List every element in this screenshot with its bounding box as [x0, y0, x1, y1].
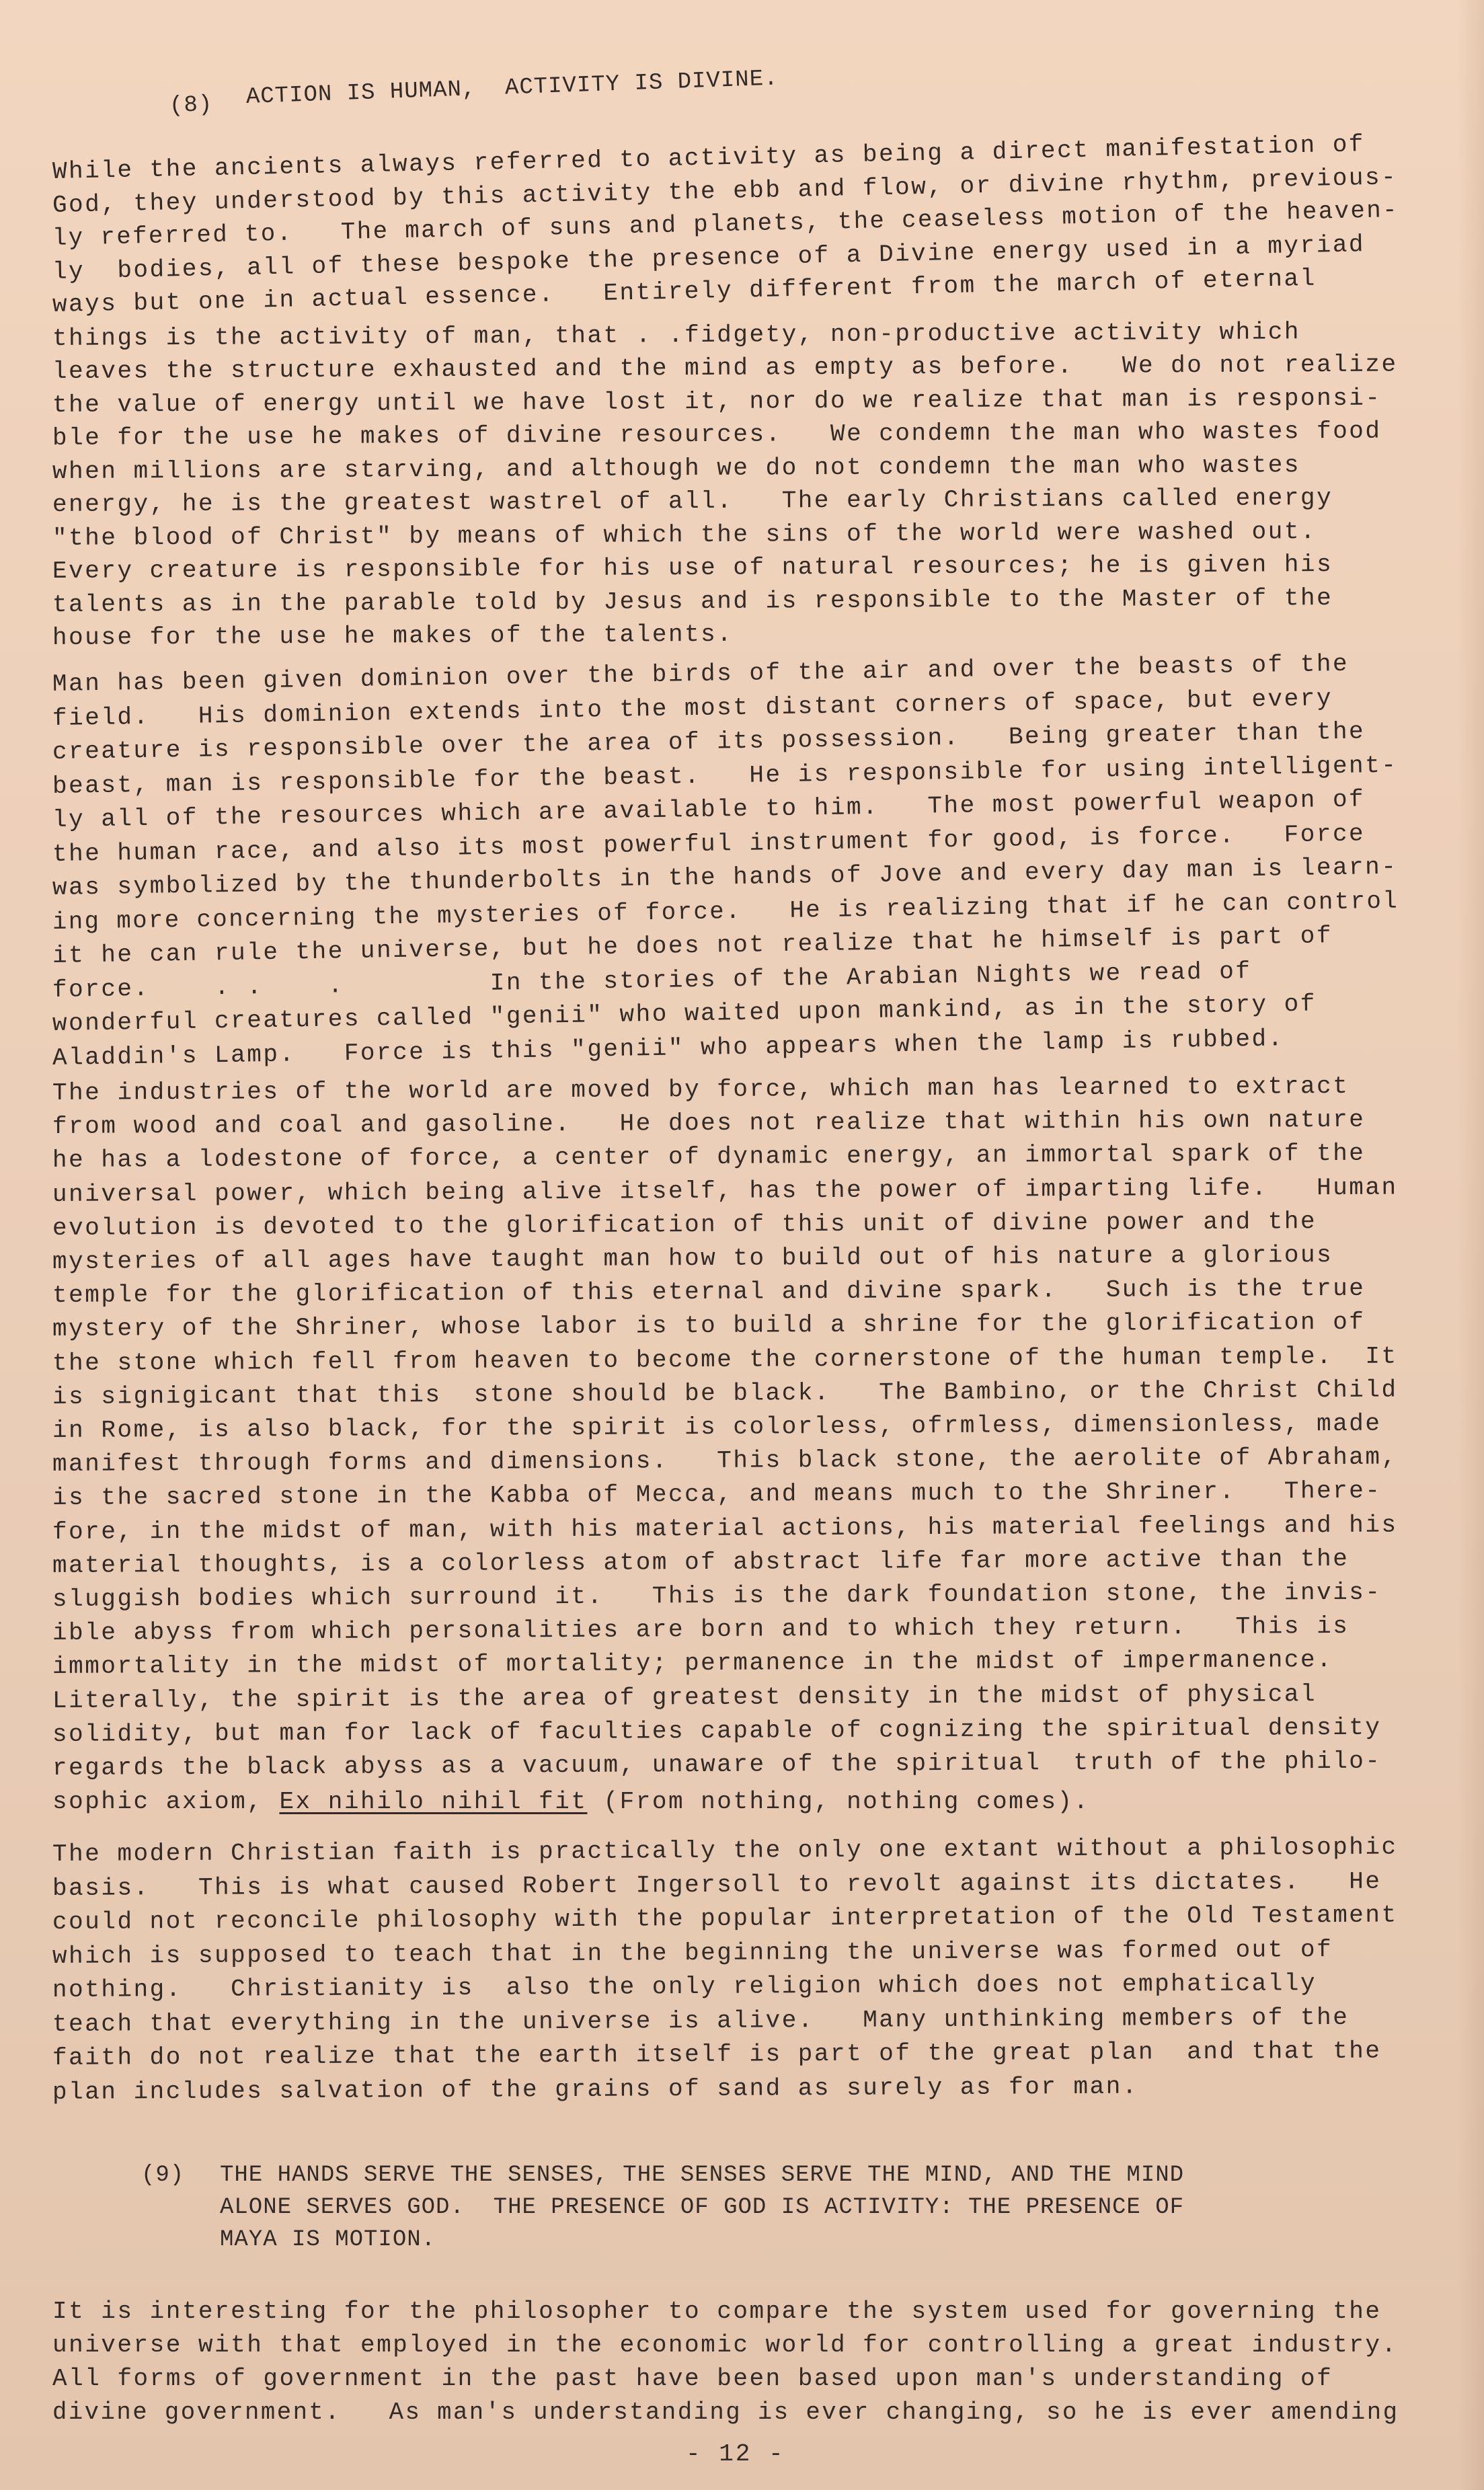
closing-paragraph-line: universe with that employed in the econo… [52, 2333, 1398, 2358]
paragraph-4-line: faith do not realize that the earth itse… [52, 2039, 1382, 2070]
paragraph-3-line: he has a lodestone of force, a center of… [52, 1142, 1366, 1173]
paragraph-3-last-line: sophic axiom, Ex nihilo nihil fit (From … [52, 1790, 1090, 1814]
paragraph-3-line: Literally, the spirit is the area of gre… [52, 1682, 1317, 1713]
paragraph-3-line: The industries of the world are moved by… [52, 1075, 1349, 1105]
paragraph-3-line: mystery of the Shriner, whose labor is t… [52, 1311, 1366, 1341]
page-number: - 12 - [686, 2442, 785, 2466]
paragraph-1-line: things is the activity of man, that . .f… [52, 320, 1300, 351]
section-8-number: (8) [169, 93, 212, 118]
closing-paragraph-line: divine government. As man's understandin… [52, 2401, 1399, 2425]
paragraph-3-line: regards the black abyss as a vacuum, una… [52, 1750, 1382, 1781]
latin-axiom-underlined: Ex nihilo nihil fit [279, 1788, 587, 1816]
paragraph-3-line: the stone which fell from heaven to beco… [52, 1344, 1398, 1375]
paragraph-4-line: basis. This is what caused Robert Ingers… [52, 1869, 1382, 1900]
paragraph-3-line: mysteries of all ages have taught man ho… [52, 1243, 1333, 1274]
paragraph-3-line: manifest through forms and dimensions. T… [52, 1446, 1398, 1477]
paragraph-4-line: could not reconcile philosophy with the … [52, 1904, 1398, 1935]
section-9-heading-line: MAYA IS MOTION. [220, 2228, 436, 2251]
paragraph-1-line: energy, he is the greatest wastrel of al… [52, 486, 1333, 517]
paragraph-3-line: is signigicant that this stone should be… [52, 1378, 1398, 1409]
paragraph-3-line: from wood and coal and gasoline. He does… [52, 1108, 1366, 1139]
page-edge-shadow [1457, 0, 1484, 2490]
paragraph-1-line: house for the use he makes of the talent… [52, 623, 734, 650]
paragraph-3-line: immortality in the midst of mortality; p… [52, 1648, 1333, 1679]
section-8-title: ACTION IS HUMAN, ACTIVITY IS DIVINE. [245, 67, 779, 109]
paragraph-3-line: fore, in the midst of man, with his mate… [52, 1513, 1398, 1544]
section-9-number: (9) [141, 2164, 184, 2187]
paragraph-1-line: talents as in the parable told by Jesus … [52, 586, 1333, 617]
paragraph-1-line: the value of energy until we have lost i… [52, 386, 1382, 417]
typewritten-page: (8) ACTION IS HUMAN, ACTIVITY IS DIVINE.… [0, 0, 1484, 2490]
closing-paragraph-line: It is interesting for the philosopher to… [52, 2300, 1382, 2324]
paragraph-1-line: "the blood of Christ" by means of which … [52, 520, 1317, 551]
closing-paragraph-line: All forms of government in the past have… [52, 2367, 1333, 2391]
paragraph-3-line: sluggish bodies which surround it. This … [52, 1581, 1382, 1612]
paragraph-4-line: The modern Christian faith is practicall… [52, 1836, 1398, 1867]
paragraph-4-line: teach that everything in the universe is… [52, 2005, 1349, 2036]
section-9-heading-line: THE HANDS SERVE THE SENSES, THE SENSES S… [220, 2164, 1184, 2187]
paragraph-3-line: solidity, but man for lack of faculties … [52, 1715, 1382, 1746]
paragraph-1-line: leaves the structure exhausted and the m… [52, 353, 1398, 384]
paragraph-4-line: nothing. Christianity is also the only r… [52, 1972, 1317, 2002]
paragraph-4-line: which is supposed to teach that in the b… [52, 1938, 1333, 1969]
paragraph-1-line: Every creature is responsible for his us… [52, 553, 1333, 584]
paragraph-3-line: is the sacred stone in the Kabba of Mecc… [52, 1479, 1382, 1510]
section-9-heading-line: ALONE SERVES GOD. THE PRESENCE OF GOD IS… [220, 2196, 1184, 2219]
paragraph-3-line: evolution is devoted to the glorificatio… [52, 1210, 1317, 1241]
paragraph-3-line: ible abyss from which personalities are … [52, 1614, 1349, 1645]
axiom-translation: (From nothing, nothing comes). [587, 1788, 1089, 1816]
paragraph-1-line: ble for the use he makes of divine resou… [52, 420, 1382, 451]
paragraph-3-line: universal power, which being alive itsel… [52, 1175, 1398, 1206]
paragraph-1-line: when millions are starving, and although… [52, 453, 1300, 484]
axiom-lead-in: sophic axiom, [52, 1788, 279, 1816]
paragraph-3-line: temple for the glorification of this ete… [52, 1277, 1366, 1308]
paragraph-3-line: in Rome, is also black, for the spirit i… [52, 1412, 1382, 1443]
paragraph-4-line: plan includes salvation of the grains of… [52, 2074, 1138, 2104]
paragraph-3-line: material thoughts, is a colorless atom o… [52, 1547, 1349, 1578]
